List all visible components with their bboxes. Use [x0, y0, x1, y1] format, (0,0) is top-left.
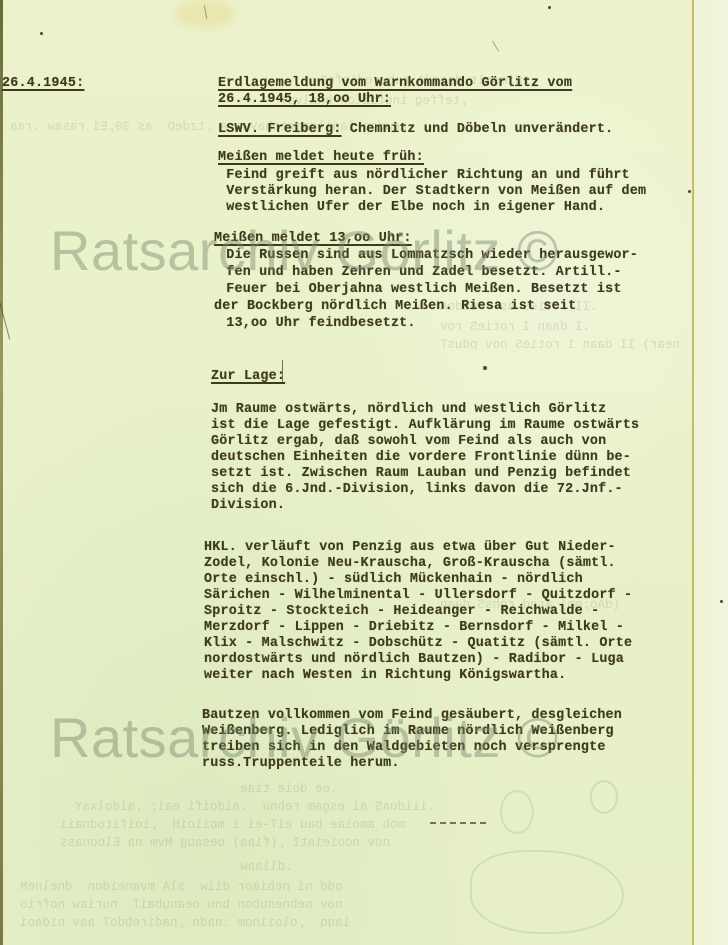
scratch [492, 41, 499, 52]
text-line: Verstärkung heran. Der Stadtkern von Mei… [218, 184, 646, 200]
show-through-text: nov nooieiatI ,(fiaa) oesaug Mvm na Eloo… [60, 836, 390, 850]
text-line: Görlitz ergab, daß sowohl vom Feind als … [211, 434, 606, 450]
text-line: Jm Raume ostwärts, nördlich und westlich… [211, 402, 606, 418]
section-label-zur-lage: Zur Lage: [211, 369, 285, 385]
speck [688, 190, 691, 193]
text-line: Merzdorf - Lippen - Driebitz - Bernsdorf… [204, 620, 624, 636]
speck [483, 366, 487, 370]
text-line: russ.Truppenteile herum. [202, 756, 400, 772]
text-line: ist die Lage gefestigt. Aufklärung im Ra… [211, 418, 639, 434]
text-line: Sproitz - Stockteich - Heideanger - Reic… [204, 604, 599, 620]
text-line: Bautzen vollkommen vom Feind gesäubert, … [202, 708, 622, 724]
show-through-text: .I daan I rotieS rov [440, 320, 590, 334]
section-label-meissen-13h: Meißen meldet 13,oo Uhr: [214, 231, 412, 247]
show-through-text: near) II daan 1 rotieS nov pdusT [440, 338, 680, 352]
text-line: Feind greift aus nördlicher Richtung an … [218, 168, 630, 184]
speck [40, 32, 43, 35]
text-line: Division. [211, 498, 285, 514]
show-through-text: .dliaaw [240, 860, 293, 874]
report-heading-line-2: 26.4.1945, 18,oo Uhr: [218, 92, 391, 108]
show-through-text: odd ni nebiaor diiw slA mvaneidon dnelne… [20, 880, 343, 894]
show-through-text: mob amoiae bau eiT-ei i moiioiH ,ioifito… [60, 818, 405, 832]
text-line: Zodel, Kolonie Neu-Krauscha, Groß-Krausc… [204, 556, 616, 572]
show-through-text: .ee doie tiae [240, 782, 338, 796]
text-line: sich die 6.Jnd.-Division, links davon di… [211, 482, 623, 498]
text-line: nordostwärts und nördlich Bautzen) - Rad… [204, 652, 624, 668]
text-line: deutschen Einheiten die vordere Frontlin… [211, 450, 631, 466]
text-line: Klix - Malschwitz - Dobschütz - Quatitz … [204, 636, 632, 652]
show-through-text: iaqq ,oloiinom .nadn ,nadirebdoT aav nid… [20, 916, 350, 930]
text-line: Feuer bei Oberjahna westlich Meißen. Bes… [218, 282, 622, 298]
text-line: 13,oo Uhr feindbesetzt. [218, 316, 416, 332]
show-through-text: .iiiduaS ai esgam rebnu .aidoifi eai; .a… [60, 800, 435, 814]
document-page: tHimsslt dnezdA tab rediefeS ,teffeg ine… [0, 0, 728, 945]
paper-mark [500, 790, 534, 834]
text-line: weiter nach Westen in Richtung Königswar… [204, 668, 566, 684]
show-through-text: nov nebnenubon bnu oeanubaiT nuriaw nofr… [20, 898, 343, 912]
text-line: Die Russen sind aus Lommatzsch wieder he… [218, 248, 638, 264]
paper-mark [470, 850, 624, 934]
text-line: fen und haben Zehren und Zadel besetzt. … [218, 265, 622, 281]
text-line: HKL. verläuft von Penzig aus etwa über G… [204, 540, 616, 556]
section-label-meissen-morning: Meißen meldet heute früh: [218, 150, 424, 166]
page-left-edge [0, 0, 3, 945]
speck [548, 6, 551, 9]
section-text: Chemnitz und Döbeln unverändert. [342, 122, 614, 137]
text-line: Orte einschl.) - südlich Mückenhain - nö… [204, 572, 583, 588]
section-label: LSWV. Freiberg: [218, 122, 342, 137]
text-line: der Bockberg nördlich Meißen. Riesa ist … [214, 299, 576, 315]
closing-divider [430, 822, 486, 824]
text-line: treiben sich in den Waldgebieten noch ve… [202, 740, 606, 756]
paper-mark [590, 780, 618, 814]
report-date: 26.4.1945: [2, 76, 84, 92]
page-margin-strip [694, 0, 728, 945]
report-heading-line-1: Erdlagemeldung vom Warnkommando Görlitz … [218, 76, 572, 92]
speck [720, 600, 723, 603]
section-lswv-freiberg: LSWV. Freiberg: Chemnitz und Döbeln unve… [218, 122, 613, 138]
text-line: Weißenberg. Lediglich im Raume nördlich … [202, 724, 614, 740]
text-line: westlichen Ufer der Elbe noch in eigener… [218, 200, 605, 216]
text-line: Särichen - Wilhelminental - Ullersdorf -… [204, 588, 632, 604]
text-line: setzt ist. Zwischen Raum Lauban und Penz… [211, 466, 631, 482]
